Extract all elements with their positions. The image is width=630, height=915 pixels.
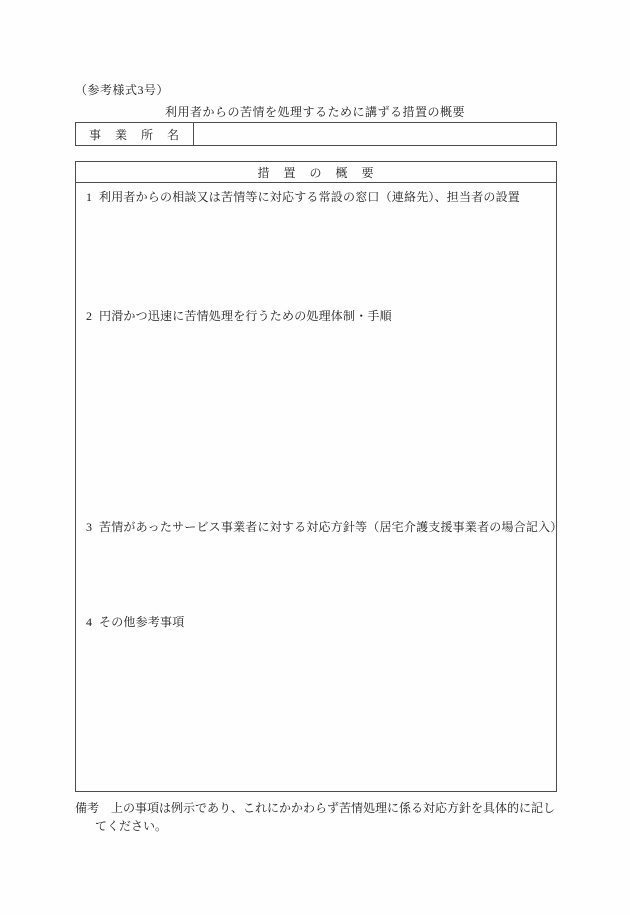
measure-item-1: 1 利用者からの相談又は苦情等に対応する常設の窓口（連絡先）、担当者の設置: [76, 190, 556, 205]
measures-table: 措 置 の 概 要 1 利用者からの相談又は苦情等に対応する常設の窓口（連絡先）…: [75, 161, 557, 792]
measure-item-number: 4: [86, 615, 99, 630]
remarks-label: 備考: [75, 801, 99, 815]
document-page: （参考様式3号） 利用者からの苦情を処理するために講ずる措置の概要 事 業 所 …: [0, 0, 630, 915]
measure-answer-field-1[interactable]: [76, 207, 556, 307]
measure-item-3: 3 苦情があったサービス事業者に対する対応方針等（居宅介護支援事業者の場合記入）: [76, 520, 556, 535]
business-name-table: 事 業 所 名: [75, 122, 557, 146]
page-title: 利用者からの苦情を処理するために講ずる措置の概要: [0, 103, 630, 120]
business-name-field[interactable]: [194, 123, 556, 145]
measure-item-number: 3: [86, 520, 99, 535]
measure-item-2: 2 円滑かつ迅速に苦情処理を行うための処理体制・手順: [76, 309, 556, 324]
remarks-note: 備考上の事項は例示であり、これにかかわらず苦情処理に係る対応方針を具体的に記し …: [75, 799, 570, 835]
measure-item-label: その他参考事項: [99, 615, 556, 630]
measure-answer-field-4[interactable]: [76, 632, 556, 790]
remarks-line-1: 備考上の事項は例示であり、これにかかわらず苦情処理に係る対応方針を具体的に記し: [75, 799, 570, 817]
measure-item-4: 4 その他参考事項: [76, 615, 556, 630]
measure-answer-field-2[interactable]: [76, 326, 556, 518]
measures-table-header: 措 置 の 概 要: [76, 162, 556, 183]
measure-answer-field-3[interactable]: [76, 537, 556, 613]
measure-item-label: 円滑かつ迅速に苦情処理を行うための処理体制・手順: [99, 309, 556, 324]
measure-item-label: 利用者からの相談又は苦情等に対応する常設の窓口（連絡先）、担当者の設置: [99, 190, 556, 205]
business-name-label: 事 業 所 名: [76, 123, 194, 145]
measure-item-label: 苦情があったサービス事業者に対する対応方針等（居宅介護支援事業者の場合記入）: [99, 520, 562, 535]
form-reference-number: （参考様式3号）: [75, 81, 169, 98]
remarks-text: 上の事項は例示であり、これにかかわらず苦情処理に係る対応方針を具体的に記し: [111, 801, 555, 815]
remarks-line-2: てください。: [75, 817, 570, 835]
measures-table-body: 1 利用者からの相談又は苦情等に対応する常設の窓口（連絡先）、担当者の設置 2 …: [76, 183, 556, 791]
measure-item-number: 2: [86, 309, 99, 324]
measure-item-number: 1: [86, 190, 99, 205]
